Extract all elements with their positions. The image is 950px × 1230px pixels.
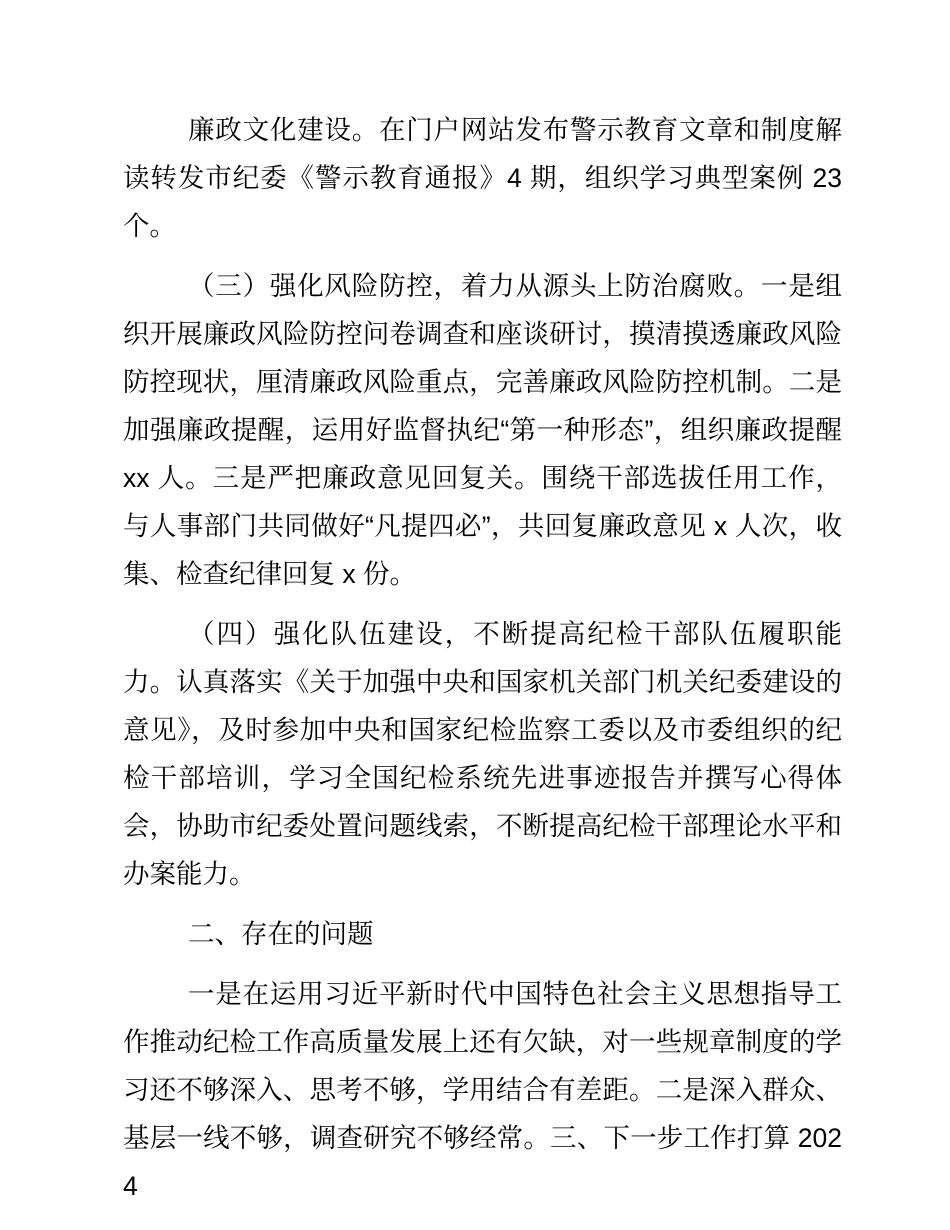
paragraph-section-three-risk-control: （三）强化风险防控，着力从源头上防治腐败。一是组织开展廉政风险防控问卷调查和座谈… (123, 262, 842, 598)
paragraph-integrity-culture: 廉政文化建设。在门户网站发布警示教育文章和制度解读转发市纪委《警示教育通报》4 … (123, 106, 842, 250)
document-page: 廉政文化建设。在门户网站发布警示教育文章和制度解读转发市纪委《警示教育通报》4 … (0, 0, 950, 1230)
document-body: 廉政文化建设。在门户网站发布警示教育文章和制度解读转发市纪委《警示教育通报》4 … (123, 106, 842, 1210)
paragraph-problems-and-next-steps: 一是在运用习近平新时代中国特色社会主义思想指导工作推动纪检工作高质量发展上还有欠… (123, 970, 842, 1210)
heading-existing-problems: 二、存在的问题 (123, 910, 842, 958)
paragraph-section-four-team-building: （四）强化队伍建设，不断提高纪检干部队伍履职能力。认真落实《关于加强中央和国家机… (123, 610, 842, 898)
